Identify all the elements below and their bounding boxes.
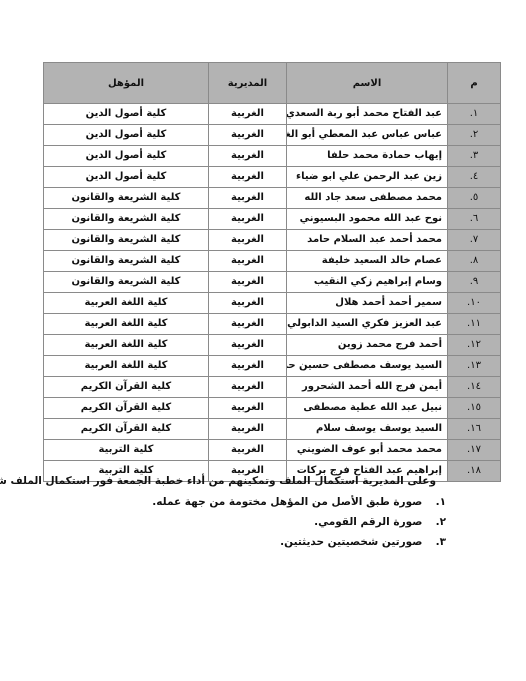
requirement-item: ٢. صورة الرقم القومي. bbox=[152, 512, 446, 532]
cell-num: ١٢. bbox=[448, 335, 501, 356]
cell-qualification: كلية اللغة العربية bbox=[44, 314, 209, 335]
requirement-index: ٢. bbox=[426, 512, 446, 532]
table-row: ٢.عباس عباس عبد المعطي أبو الغيطالغربيةك… bbox=[44, 125, 501, 146]
cell-num: ٦. bbox=[448, 209, 501, 230]
cell-num: ٤. bbox=[448, 167, 501, 188]
cell-directorate: الغربية bbox=[209, 146, 287, 167]
cell-qualification: كلية أصول الدين bbox=[44, 125, 209, 146]
cell-qualification: كلية الشريعة والقانون bbox=[44, 251, 209, 272]
table-row: ١١.عبد العزيز فكري السيد الدابوليالغربية… bbox=[44, 314, 501, 335]
table-row: ٤.زين عبد الرحمن علي ابو ضياءالغربيةكلية… bbox=[44, 167, 501, 188]
cell-qualification: كلية الشريعة والقانون bbox=[44, 272, 209, 293]
cell-num: ١. bbox=[448, 104, 501, 125]
cell-qualification: كلية اللغة العربية bbox=[44, 335, 209, 356]
header-directorate: المديرية bbox=[209, 63, 287, 104]
requirement-text: صورة الرقم القومي. bbox=[314, 516, 422, 528]
requirement-item: ١. صورة طبق الأصل من المؤهل مختومة من جه… bbox=[152, 492, 446, 512]
cell-name: عباس عباس عبد المعطي أبو الغيط bbox=[287, 125, 448, 146]
table-row: ٣.إيهاب حمادة محمد حلفاالغربيةكلية أصول … bbox=[44, 146, 501, 167]
cell-directorate: الغربية bbox=[209, 272, 287, 293]
cell-num: ١٣. bbox=[448, 356, 501, 377]
cell-directorate: الغربية bbox=[209, 356, 287, 377]
requirements-list: ١. صورة طبق الأصل من المؤهل مختومة من جه… bbox=[152, 492, 446, 552]
cell-num: ١٤. bbox=[448, 377, 501, 398]
table-row: ٦.نوح عبد الله محمود البسيونيالغربيةكلية… bbox=[44, 209, 501, 230]
cell-num: ١٧. bbox=[448, 440, 501, 461]
cell-directorate: الغربية bbox=[209, 440, 287, 461]
cell-directorate: الغربية bbox=[209, 230, 287, 251]
cell-qualification: كلية القرآن الكريم bbox=[44, 377, 209, 398]
cell-name: محمد أحمد عبد السلام حامد bbox=[287, 230, 448, 251]
cell-directorate: الغربية bbox=[209, 125, 287, 146]
preachers-table: م الاسم المديرية المؤهل ١.عبد الفتاح محم… bbox=[43, 62, 501, 482]
document-page: م الاسم المديرية المؤهل ١.عبد الفتاح محم… bbox=[0, 0, 526, 681]
requirement-index: ١. bbox=[426, 492, 446, 512]
cell-qualification: كلية الشريعة والقانون bbox=[44, 188, 209, 209]
cell-directorate: الغربية bbox=[209, 251, 287, 272]
table-row: ١٧.محمد محمد أبو عوف الضوينيالغربيةكلية … bbox=[44, 440, 501, 461]
cell-directorate: الغربية bbox=[209, 167, 287, 188]
cell-num: ٥. bbox=[448, 188, 501, 209]
cell-directorate: الغربية bbox=[209, 188, 287, 209]
cell-qualification: كلية التربية bbox=[44, 440, 209, 461]
cell-num: ٣. bbox=[448, 146, 501, 167]
cell-num: ١٥. bbox=[448, 398, 501, 419]
cell-qualification: كلية الشريعة والقانون bbox=[44, 209, 209, 230]
table-row: ١٥.نبيل عبد الله عطية مصطفىالغربيةكلية ا… bbox=[44, 398, 501, 419]
cell-num: ١٨. bbox=[448, 461, 501, 482]
header-name: الاسم bbox=[287, 63, 448, 104]
cell-num: ١٦. bbox=[448, 419, 501, 440]
cell-directorate: الغربية bbox=[209, 419, 287, 440]
cell-qualification: كلية اللغة العربية bbox=[44, 356, 209, 377]
cell-num: ٨. bbox=[448, 251, 501, 272]
table-row: ٧.محمد أحمد عبد السلام حامدالغربيةكلية ا… bbox=[44, 230, 501, 251]
table-row: ١٣.السيد يوسف مصطفى حسين حرحشالغربيةكلية… bbox=[44, 356, 501, 377]
cell-name: سمير أحمد أحمد هلال bbox=[287, 293, 448, 314]
table-row: ١٠.سمير أحمد أحمد هلالالغربيةكلية اللغة … bbox=[44, 293, 501, 314]
cell-name: نوح عبد الله محمود البسيوني bbox=[287, 209, 448, 230]
cell-directorate: الغربية bbox=[209, 398, 287, 419]
cell-directorate: الغربية bbox=[209, 209, 287, 230]
cell-qualification: كلية أصول الدين bbox=[44, 167, 209, 188]
table-row: ١.عبد الفتاح محمد أبو ربة السعدي شكرالغر… bbox=[44, 104, 501, 125]
cell-qualification: كلية القرآن الكريم bbox=[44, 419, 209, 440]
table-row: ٩.وسام إبراهيم زكي النقيبالغربيةكلية الش… bbox=[44, 272, 501, 293]
table-row: ٥.محمد مصطفى سعد جاد اللهالغربيةكلية الش… bbox=[44, 188, 501, 209]
cell-directorate: الغربية bbox=[209, 293, 287, 314]
cell-name: السيد يوسف مصطفى حسين حرحش bbox=[287, 356, 448, 377]
cell-directorate: الغربية bbox=[209, 335, 287, 356]
cell-name: عبد الفتاح محمد أبو ربة السعدي شكر bbox=[287, 104, 448, 125]
cell-qualification: كلية الشريعة والقانون bbox=[44, 230, 209, 251]
cell-name: إيهاب حمادة محمد حلفا bbox=[287, 146, 448, 167]
requirement-text: صورتين شخصيتين حديثتين. bbox=[280, 536, 422, 548]
cell-qualification: كلية أصول الدين bbox=[44, 146, 209, 167]
cell-num: ١٠. bbox=[448, 293, 501, 314]
header-num: م bbox=[448, 63, 501, 104]
cell-name: أحمد فرج محمد زوين bbox=[287, 335, 448, 356]
cell-name: نبيل عبد الله عطية مصطفى bbox=[287, 398, 448, 419]
table-body: ١.عبد الفتاح محمد أبو ربة السعدي شكرالغر… bbox=[44, 104, 501, 482]
requirement-index: ٣. bbox=[426, 532, 446, 552]
header-qualification: المؤهل bbox=[44, 63, 209, 104]
cell-num: ١١. bbox=[448, 314, 501, 335]
cell-name: زين عبد الرحمن علي ابو ضياء bbox=[287, 167, 448, 188]
cell-num: ٢. bbox=[448, 125, 501, 146]
cell-qualification: كلية أصول الدين bbox=[44, 104, 209, 125]
cell-num: ٩. bbox=[448, 272, 501, 293]
cell-name: عصام خالد السعيد خليفة bbox=[287, 251, 448, 272]
cell-name: وسام إبراهيم زكي النقيب bbox=[287, 272, 448, 293]
cell-qualification: كلية القرآن الكريم bbox=[44, 398, 209, 419]
instructions-note: وعلى المديرية استكمال الملف وتمكينهم من … bbox=[0, 475, 436, 487]
table-row: ٨.عصام خالد السعيد خليفةالغربيةكلية الشر… bbox=[44, 251, 501, 272]
cell-name: السيد يوسف يوسف سلام bbox=[287, 419, 448, 440]
requirement-text: صورة طبق الأصل من المؤهل مختومة من جهة ع… bbox=[152, 496, 422, 508]
cell-qualification: كلية اللغة العربية bbox=[44, 293, 209, 314]
table-row: ١٢.أحمد فرج محمد زوينالغربيةكلية اللغة ا… bbox=[44, 335, 501, 356]
cell-directorate: الغربية bbox=[209, 104, 287, 125]
cell-directorate: الغربية bbox=[209, 314, 287, 335]
cell-name: محمد محمد أبو عوف الضويني bbox=[287, 440, 448, 461]
cell-directorate: الغربية bbox=[209, 377, 287, 398]
table-row: ١٦.السيد يوسف يوسف سلامالغربيةكلية القرآ… bbox=[44, 419, 501, 440]
cell-num: ٧. bbox=[448, 230, 501, 251]
cell-name: محمد مصطفى سعد جاد الله bbox=[287, 188, 448, 209]
cell-name: أيمن فرج الله أحمد الشحرور bbox=[287, 377, 448, 398]
cell-name: عبد العزيز فكري السيد الدابولي bbox=[287, 314, 448, 335]
requirement-item: ٣. صورتين شخصيتين حديثتين. bbox=[152, 532, 446, 552]
table-row: ١٤.أيمن فرج الله أحمد الشحرورالغربيةكلية… bbox=[44, 377, 501, 398]
table-header-row: م الاسم المديرية المؤهل bbox=[44, 63, 501, 104]
